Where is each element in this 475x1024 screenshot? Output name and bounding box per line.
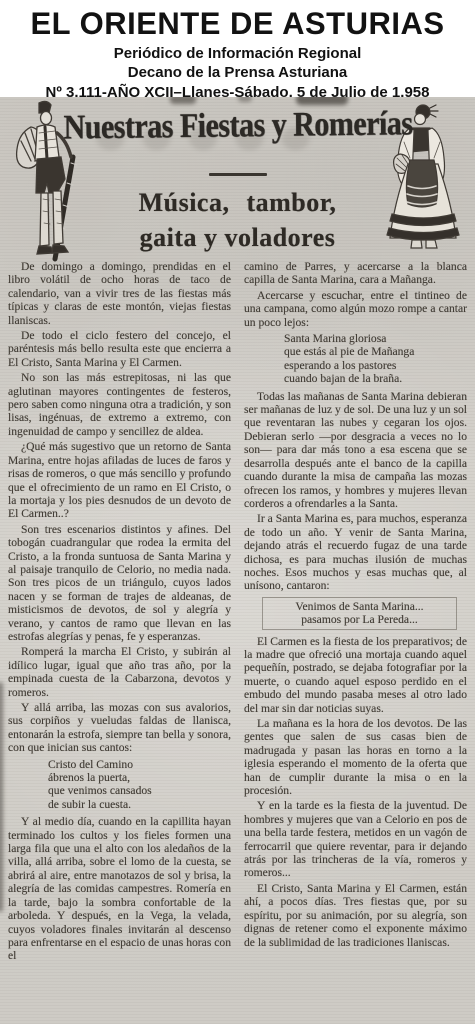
article-paragraph: Son tres escenarios distintos y afines. … xyxy=(8,523,231,644)
section-banner: Nuestras Fiestas y Romerías xyxy=(63,104,412,147)
headline-line-2: gaita y voladores xyxy=(140,223,336,252)
verse-line: de subir la cuesta. xyxy=(48,798,231,811)
article-paragraph: Y al medio día, cuando en la capillita h… xyxy=(8,815,231,962)
banner-rule xyxy=(209,173,267,176)
article-headline: Música, tambor, gaita y voladores xyxy=(0,185,475,255)
verse-line: ábrenos la puerta, xyxy=(48,771,231,784)
verse-line: pasamos por La Pereda... xyxy=(267,613,452,626)
article-paragraph: camino de Parres, y acercarse a la blanc… xyxy=(244,260,467,287)
headline-line-1: Música, tambor, xyxy=(139,188,337,217)
ink-smudge xyxy=(296,97,348,105)
verse-line: esperando a los pastores xyxy=(284,359,467,372)
article-paragraph: Todas las mañanas de Santa Marina debier… xyxy=(244,390,467,511)
article-column-right: camino de Parres, y acercarse a la blanc… xyxy=(244,260,467,1024)
article-columns: De domingo a domingo, prendidas en el li… xyxy=(8,260,467,1024)
scanned-clipping: ●●●●● Nuestras Fiestas y Romerías Música… xyxy=(0,97,475,1024)
article-column-left: De domingo a domingo, prendidas en el li… xyxy=(8,260,231,1024)
verse-line: que venimos cansados xyxy=(48,784,231,797)
verse-line: Cristo del Camino xyxy=(48,758,231,771)
article-paragraph: De domingo a domingo, prendidas en el li… xyxy=(8,260,231,327)
article-paragraph: Acercarse y escuchar, entre el tintineo … xyxy=(244,289,467,329)
ink-smudge xyxy=(238,97,252,102)
verse: Santa Marina gloriosaque estás al pie de… xyxy=(284,332,467,386)
article-paragraph: Ir a Santa Marina es, para muchos, esper… xyxy=(244,512,467,592)
boxed-verse: Venimos de Santa Marina...pasamos por La… xyxy=(262,597,457,630)
ink-smudge xyxy=(170,97,196,104)
article-paragraph: El Carmen es la fiesta de los preparativ… xyxy=(244,635,467,715)
article-paragraph: La mañana es la hora de los devotos. De … xyxy=(244,717,467,797)
masthead: EL ORIENTE DE ASTURIAS Periódico de Info… xyxy=(0,0,475,102)
verse-line: Venimos de Santa Marina... xyxy=(267,600,452,613)
article-paragraph: De todo el ciclo festero del concejo, el… xyxy=(8,329,231,369)
ink-smudge xyxy=(0,682,3,912)
article-paragraph: No son las más estrepitosas, ni las que … xyxy=(8,371,231,438)
verse-line: Santa Marina gloriosa xyxy=(284,332,467,345)
article-paragraph: Y allá arriba, las mozas con sus avalori… xyxy=(8,701,231,755)
article-paragraph: Romperá la marcha El Cristo, y subirán a… xyxy=(8,645,231,699)
verse: Cristo del Caminoábrenos la puerta,que v… xyxy=(48,758,231,812)
verse-line: que estás al pie de Mañanga xyxy=(284,345,467,358)
masthead-subtitle-1: Periódico de Información Regional xyxy=(0,44,475,63)
verse-line: cuando bajan de la braña. xyxy=(284,372,467,385)
newspaper-page: EL ORIENTE DE ASTURIAS Periódico de Info… xyxy=(0,0,475,1024)
masthead-subtitle-2: Decano de la Prensa Asturiana xyxy=(0,63,475,82)
newspaper-title: EL ORIENTE DE ASTURIAS xyxy=(0,7,475,42)
article-paragraph: ¿Qué más sugestivo que un retorno de San… xyxy=(8,440,231,520)
article-paragraph: Y en la tarde es la fiesta de la juventu… xyxy=(244,799,467,879)
article-paragraph: El Cristo, Santa Marina y El Carmen, est… xyxy=(244,882,467,949)
